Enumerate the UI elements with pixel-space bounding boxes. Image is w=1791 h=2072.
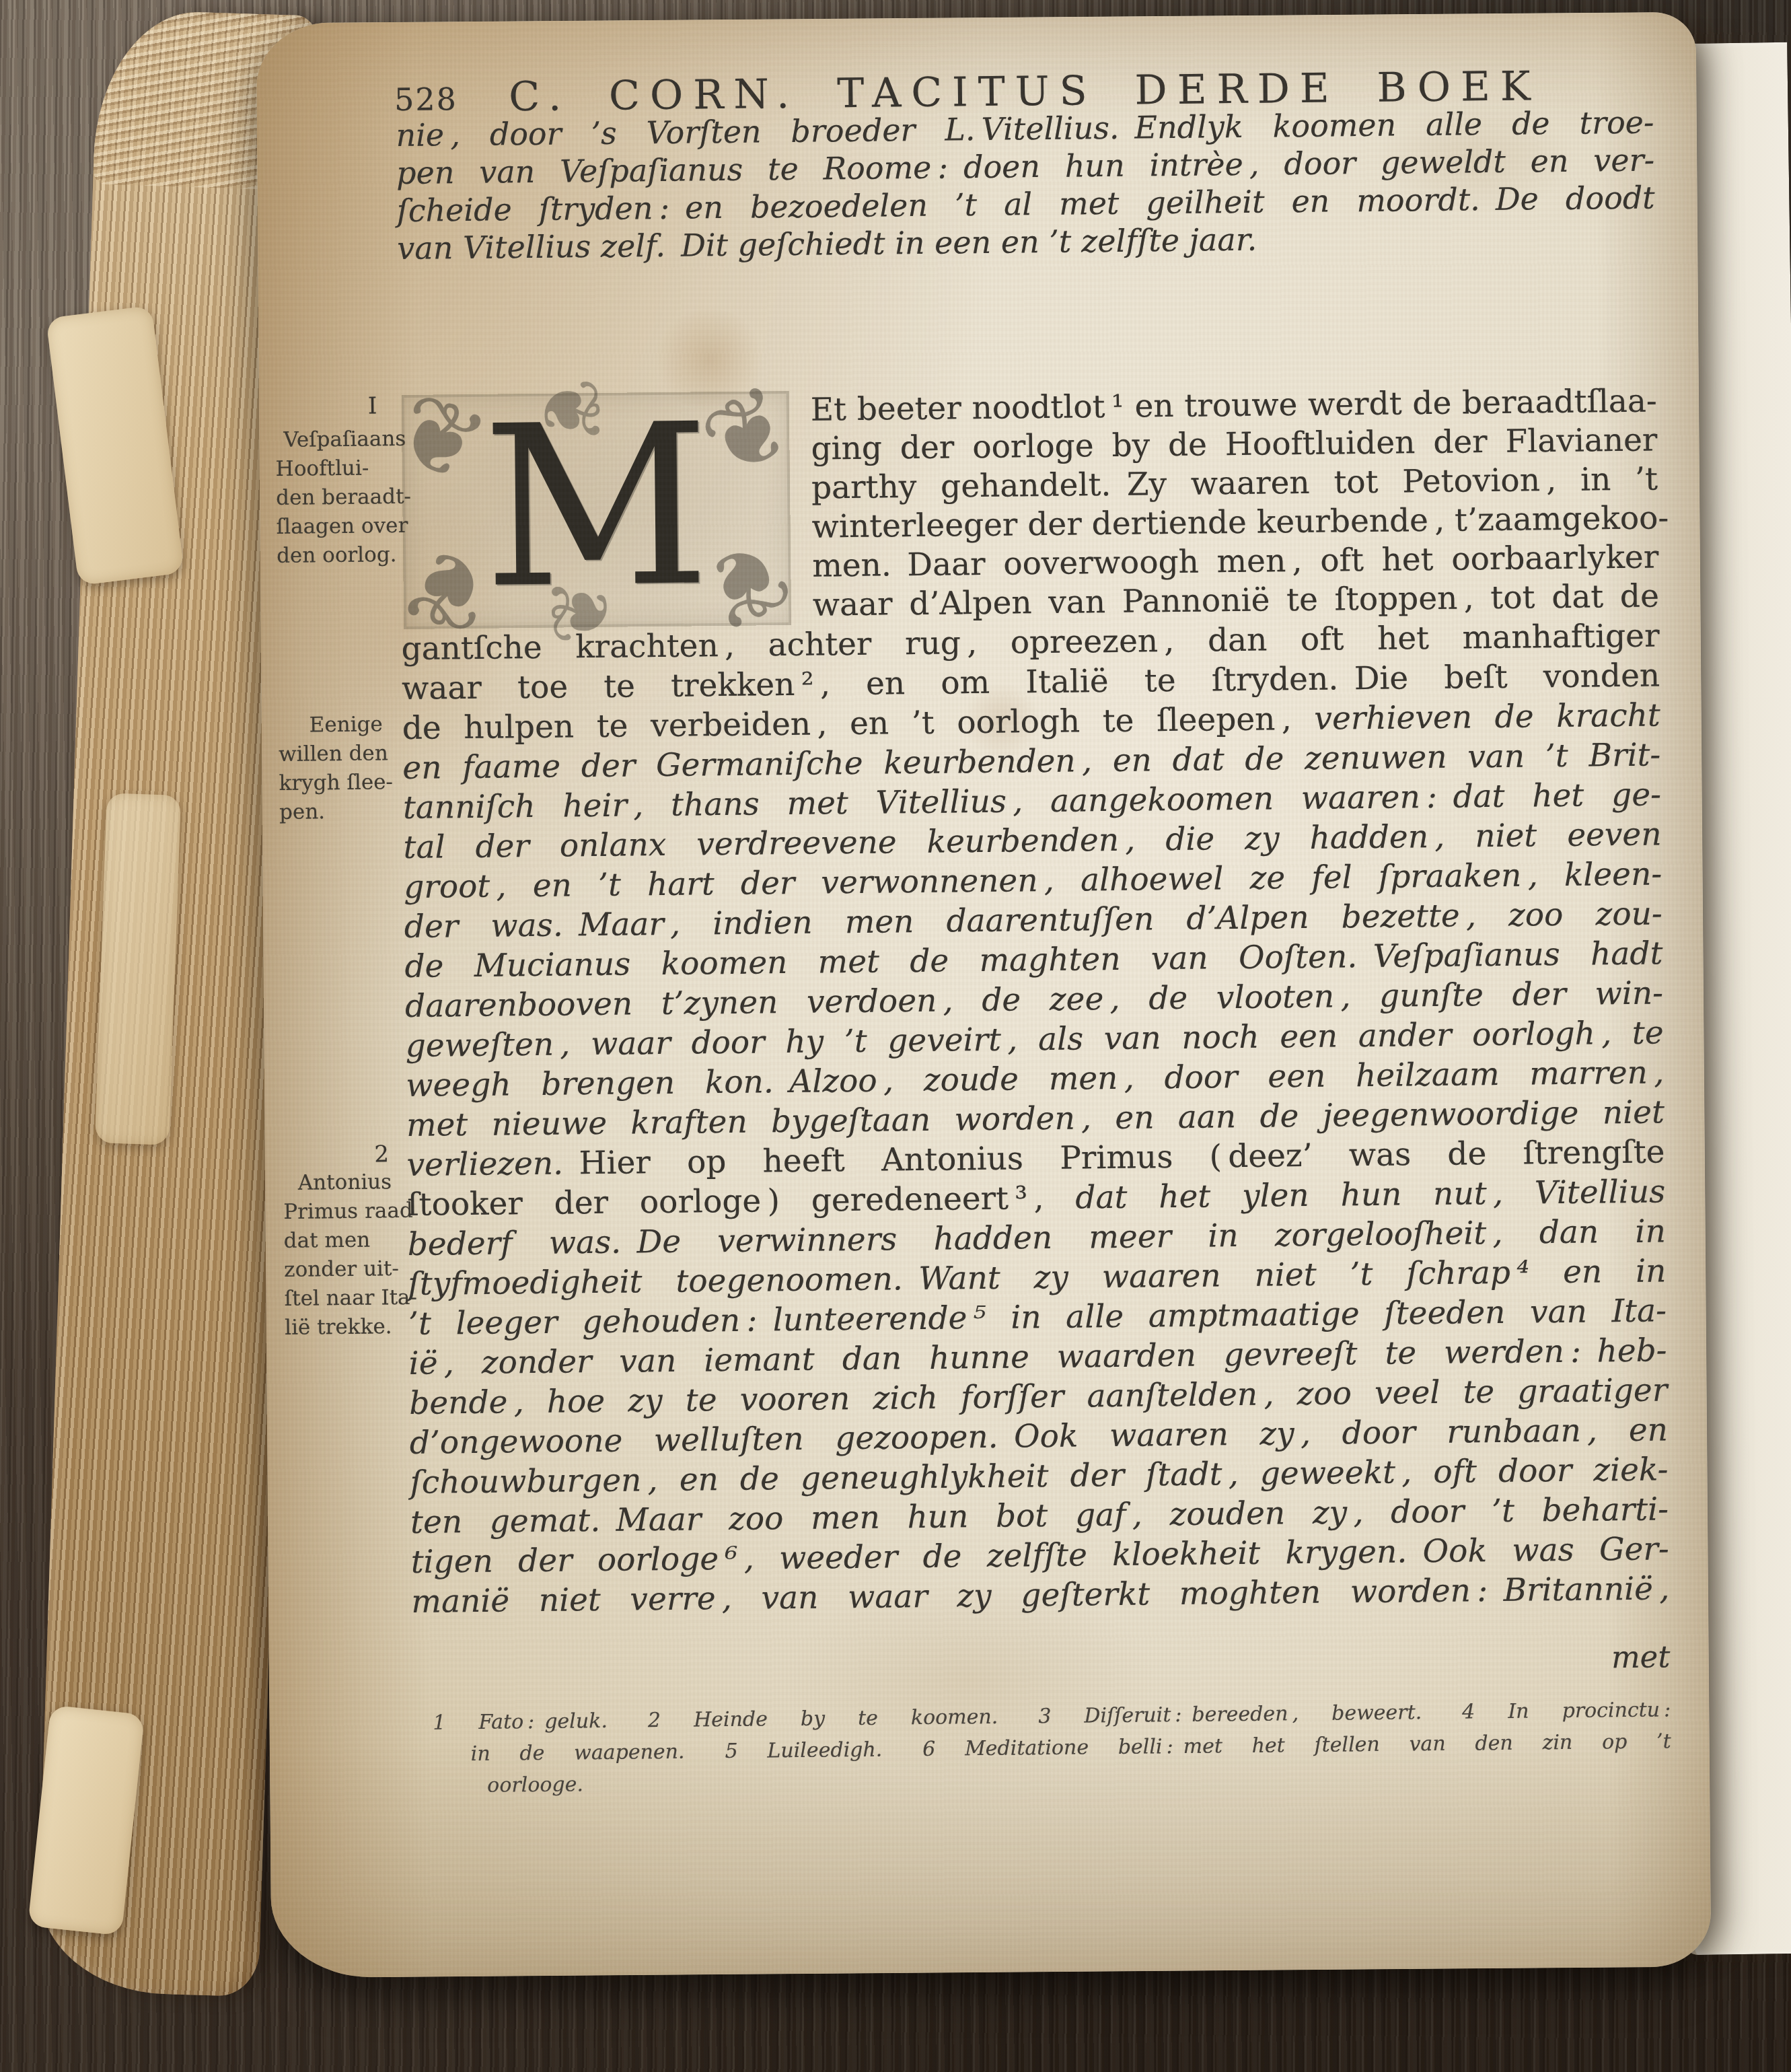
foliage-ornament-icon: ❦ xyxy=(686,520,805,647)
body-line: tigen der oorloge ⁶ , weeder de zelfſte … xyxy=(410,1529,1669,1582)
woodcut-initial-block: ❦ ❦ ❦ ❦ ❦ ❦ M xyxy=(402,391,792,629)
catchword-row: met xyxy=(412,1639,1670,1688)
text-segment: de hulpen te verbeiden , en ’t oorlogh t… xyxy=(402,701,1315,747)
body-line: geweſten , waar door hy ’t geveirt , als… xyxy=(405,1013,1664,1066)
body-line: groot , en ’t hart der verwonnenen , alh… xyxy=(404,854,1662,907)
argument-summary-block: nie , door ’s Vorſten broeder L. Vitelli… xyxy=(396,103,1655,267)
text-segment: ging der oorloge by de Hooftluiden der F… xyxy=(811,421,1658,467)
margin-note-antonius-primus: AntoniusPrimus raaddat menzonder uit-ſte… xyxy=(283,1168,413,1343)
text-segment: geweſten , waar door hy ’t geveirt , als… xyxy=(405,1014,1663,1065)
argument-line: ſcheide ſtryden : en bezoedelen ’t al me… xyxy=(396,178,1654,229)
text-segment: der was. Maar , indien men daarentuſſen … xyxy=(404,895,1662,945)
paper-stain xyxy=(652,309,767,410)
text-segment: ſtyfmoedigheit toegenoomen. Want zy waar… xyxy=(408,1252,1666,1303)
text-segment: van Vitellius zelf. Dit geſchiedt in een… xyxy=(397,221,1257,266)
paper-stain xyxy=(300,452,518,803)
margin-note-eenige: Eenigewillen denkrygh ſlee-pen. xyxy=(279,710,408,827)
foliage-ornament-icon: ❦ xyxy=(529,376,611,445)
footnote-line: 1 Fato : geluk. 2 Heinde by te koomen. 3… xyxy=(433,1694,1671,1738)
footnote-line: in de waapenen. 5 Luileedigh. 6 Meditati… xyxy=(471,1725,1671,1770)
text-segment: groot , en ’t hart der verwonnenen , alh… xyxy=(404,855,1662,906)
margin-note-line: ſlaagen over xyxy=(276,511,404,542)
text-segment: met nieuwe kraften bygeſtaan worden , en… xyxy=(406,1094,1665,1144)
body-line: ging der oorloge by de Hooftluiden der F… xyxy=(811,421,1658,468)
body-line: tal der onlanx verdreevene keurbenden , … xyxy=(403,814,1662,867)
text-segment: nie , door ’s Vorſten broeder L. Vitelli… xyxy=(396,104,1654,153)
parchment-scrap xyxy=(95,793,181,1145)
foliage-ornament-icon: ❦ xyxy=(390,528,503,651)
body-line: der was. Maar , indien men daarentuſſen … xyxy=(404,894,1663,947)
argument-line: pen van Veſpaſianus te Roome : doen hun … xyxy=(396,141,1654,192)
body-line: met nieuwe kraften bygeſtaan worden , en… xyxy=(406,1092,1665,1145)
text-segment: dat het ylen hun nut , Vitellius xyxy=(1075,1173,1665,1216)
body-line: manië niet verre , van waar zy geſterkt … xyxy=(411,1569,1670,1622)
text-segment: manië niet verre , van waar zy geſterkt … xyxy=(411,1570,1669,1620)
body-line: bende , hoe zy te vooren zich forſſer aa… xyxy=(409,1370,1668,1423)
text-segment: parthy gehandelt. Zy waaren tot Petovion… xyxy=(811,460,1658,506)
text-segment: en faame der Germaniſche keurbenden , en… xyxy=(402,736,1660,787)
margin-note-line: ſtel naar Ita- xyxy=(284,1283,412,1314)
text-segment: Et beeter noodtlot ¹ en trouwe werdt de … xyxy=(811,382,1658,428)
page-number: 528 xyxy=(394,81,458,118)
paper-stain xyxy=(780,1577,1158,1782)
body-line: winterleeger der dertiende keurbende , t… xyxy=(811,499,1658,546)
body-line: daarenbooven t’zynen verdoen , de zee , … xyxy=(405,973,1664,1026)
body-line: parthy gehandelt. Zy waaren tot Petovion… xyxy=(811,460,1658,507)
body-line: ’t leeger gehouden : lunteerende ⁵ in al… xyxy=(408,1291,1667,1344)
text-segment: ſchouwburgen , en de geneughlykheit der … xyxy=(410,1451,1668,1501)
body-line: gantſche krachten , achter rug , opreeze… xyxy=(401,616,1660,669)
text-segment: waar toe te trekken ² , en om Italië te … xyxy=(402,657,1660,707)
drop-cap-letter: M xyxy=(401,373,791,640)
footnote-line: oorlooge. xyxy=(487,1757,1671,1801)
margin-note-line: pen. xyxy=(279,797,407,827)
margin-note-line: Veſpaſiaans xyxy=(275,425,403,455)
paper-stain xyxy=(961,683,1042,758)
body-line: de hulpen te verbeiden , en ’t oorlogh t… xyxy=(402,695,1660,748)
body-line: ië , zonder van iemant dan hunne waarden… xyxy=(408,1330,1667,1384)
margin-note-line: krygh ſlee- xyxy=(279,768,406,798)
text-segment: men. Daar ooverwoogh men , oft het oorba… xyxy=(812,538,1659,584)
catchword: met xyxy=(1611,1639,1671,1675)
margin-note-line: willen den xyxy=(279,739,406,769)
running-header: C. CORN. TACITUS DERDE BOEK xyxy=(396,61,1654,122)
footnotes-block: 1 Fato : geluk. 2 Heinde by te koomen. 3… xyxy=(412,1694,1671,1802)
book-page: 528 C. CORN. TACITUS DERDE BOEK nie , do… xyxy=(256,12,1712,1978)
text-segment: tigen der oorloge ⁶ , weeder de zelfſte … xyxy=(410,1530,1669,1581)
body-line: tanniſch heir , thans met Vitellius , aa… xyxy=(403,775,1662,828)
margin-note-line: Eenige xyxy=(279,710,406,740)
body-line: en faame der Germaniſche keurbenden , en… xyxy=(402,735,1661,788)
body-line: de Mucianus koomen met de maghten van Oo… xyxy=(404,933,1663,987)
text-segment: bederf was. De verwinners hadden meer in… xyxy=(408,1213,1666,1263)
text-segment: d’ongewoone welluſten gezoopen. Ook waar… xyxy=(410,1411,1668,1462)
text-segment: ten gemat. Maar zoo men hun bot gaf , zo… xyxy=(410,1491,1669,1541)
text-segment: Hier op heeft Antonius Primus ( deez’ wa… xyxy=(579,1133,1665,1182)
section-number-2: 2 xyxy=(374,1141,389,1168)
foliage-ornament-icon: ❦ xyxy=(541,577,622,645)
body-line: bederf was. De verwinners hadden meer in… xyxy=(408,1211,1667,1264)
text-segment: ’t leeger gehouden : lunteerende ⁵ in al… xyxy=(408,1292,1667,1343)
body-line: Et beeter noodtlot ¹ en trouwe werdt de … xyxy=(811,382,1658,429)
foliage-ornament-icon: ❦ xyxy=(687,368,809,497)
section-number-1: I xyxy=(368,392,377,419)
text-segment: waar d’Alpen van Pannonië te ſtoppen , t… xyxy=(813,577,1660,623)
body-line: waar toe te trekken ² , en om Italië te … xyxy=(402,655,1660,709)
argument-line: nie , door ’s Vorſten broeder L. Vitelli… xyxy=(396,103,1654,154)
margin-note-line: den beraadt- xyxy=(276,483,404,513)
argument-line: van Vitellius zelf. Dit geſchiedt in een… xyxy=(397,216,1655,267)
margin-note-line: den oorlog. xyxy=(277,540,404,571)
body-indented-lines: Et beeter noodtlot ¹ en trouwe werdt de … xyxy=(811,382,1660,624)
text-segment: de Mucianus koomen met de maghten van Oo… xyxy=(404,935,1662,985)
text-segment: verhieven de kracht xyxy=(1314,696,1660,737)
book-photo: 528 C. CORN. TACITUS DERDE BOEK nie , do… xyxy=(0,0,1791,2072)
body-full-lines: gantſche krachten , achter rug , opreeze… xyxy=(401,616,1669,1622)
body-line: ten gemat. Maar zoo men hun bot gaf , zo… xyxy=(410,1489,1669,1542)
body-line: men. Daar ooverwoogh men , oft het oorba… xyxy=(812,538,1659,585)
body-line: verliezen. Hier op heeft Antonius Primus… xyxy=(406,1132,1665,1185)
body-line: ſchouwburgen , en de geneughlykheit der … xyxy=(410,1450,1669,1503)
margin-note-line: Primus raad xyxy=(283,1196,411,1227)
printed-content: 528 C. CORN. TACITUS DERDE BOEK nie , do… xyxy=(254,10,1714,1980)
text-segment: ië , zonder van iemant dan hunne waarden… xyxy=(408,1332,1667,1382)
margin-note-line: lië trekke. xyxy=(285,1312,412,1343)
margin-note-line: Antonius xyxy=(283,1168,411,1198)
body-line: ſtyfmoedigheit toegenoomen. Want zy waar… xyxy=(408,1251,1667,1304)
text-segment: daarenbooven t’zynen verdoen , de zee , … xyxy=(405,974,1663,1025)
text-segment: tanniſch heir , thans met Vitellius , aa… xyxy=(403,776,1661,826)
text-segment: tal der onlanx verdreevene keurbenden , … xyxy=(403,816,1661,866)
margin-note-line: zonder uit- xyxy=(284,1254,412,1285)
body-line: d’ongewoone welluſten gezoopen. Ook waar… xyxy=(410,1410,1669,1463)
margin-note-line: dat men xyxy=(284,1225,412,1256)
margin-note-line: Hooftlui- xyxy=(276,454,404,484)
foliage-ornament-icon: ❦ xyxy=(381,376,499,502)
text-segment: weegh brengen kon. Alzoo , zoude men , d… xyxy=(406,1054,1664,1104)
text-segment: ſtooker der oorloge ) geredeneert ³ , xyxy=(407,1180,1076,1223)
body-line: waar d’Alpen van Pannonië te ſtoppen , t… xyxy=(813,577,1660,624)
body-line: ſtooker der oorloge ) geredeneert ³ , da… xyxy=(407,1172,1666,1225)
text-segment: gantſche krachten , achter rug , opreeze… xyxy=(401,617,1659,668)
text-segment: ſcheide ſtryden : en bezoedelen ’t al me… xyxy=(396,179,1654,229)
margin-note-vespasiaans: VeſpaſiaansHooftlui-den beraadt-ſlaagen … xyxy=(275,425,404,571)
text-segment: winterleeger der dertiende keurbende , t… xyxy=(811,499,1669,545)
text-segment: pen van Veſpaſianus te Roome : doen hun … xyxy=(396,141,1654,191)
text-segment: verliezen. xyxy=(406,1145,579,1184)
text-segment: bende , hoe zy te vooren zich forſſer aa… xyxy=(409,1371,1667,1422)
paper-stain xyxy=(1374,100,1576,216)
body-line: weegh brengen kon. Alzoo , zoude men , d… xyxy=(406,1052,1665,1106)
